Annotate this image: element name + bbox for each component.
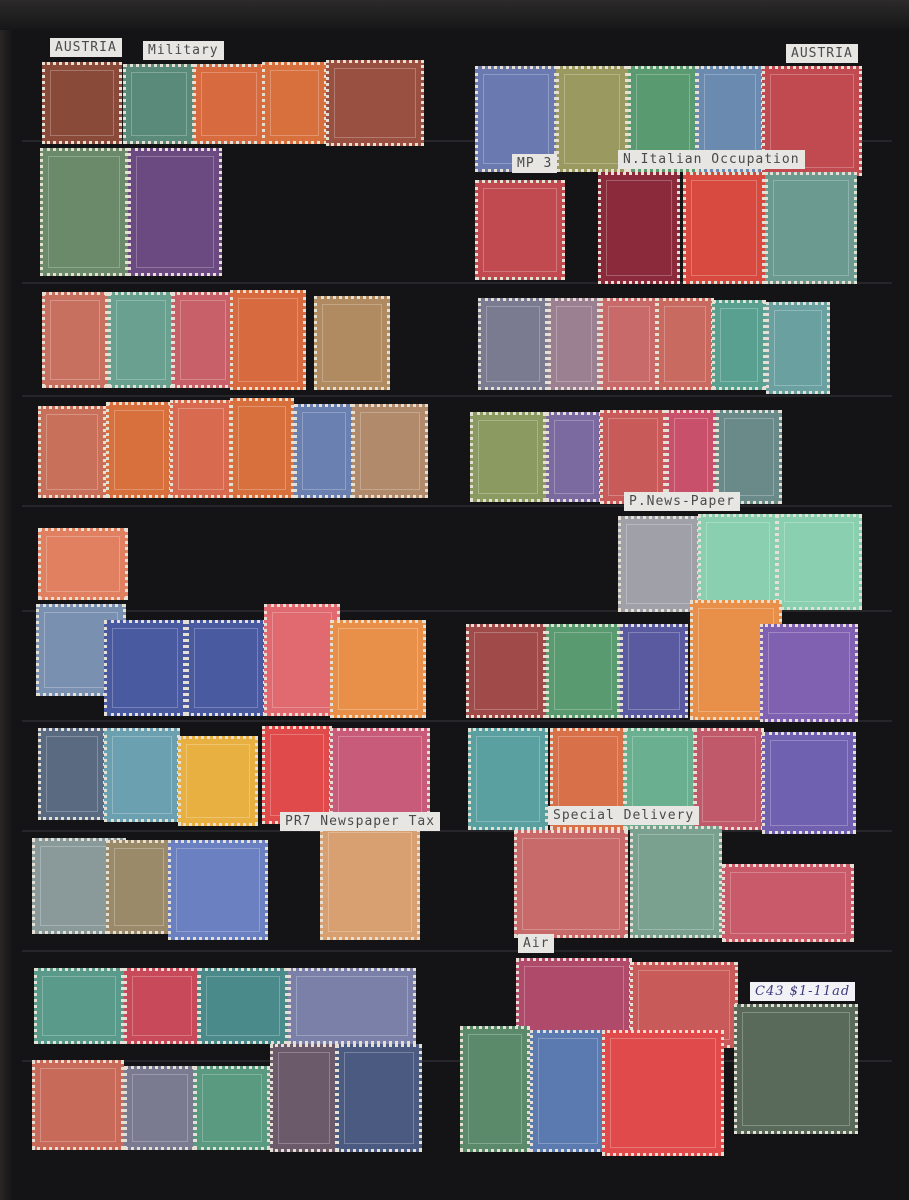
stamp [620, 624, 688, 718]
page-top-edge [0, 0, 909, 30]
stamp [194, 1066, 270, 1150]
stamp [288, 968, 416, 1044]
stamp [42, 62, 122, 144]
stamp [186, 620, 266, 716]
stamp [320, 824, 420, 940]
stamp [40, 148, 128, 276]
stamp [460, 1026, 530, 1152]
stamp [230, 290, 306, 390]
stamp [314, 296, 390, 390]
stamp [530, 1030, 606, 1152]
label-air: Air [518, 934, 554, 953]
stamp [262, 62, 327, 144]
stamp [546, 624, 620, 718]
stamp [34, 968, 124, 1044]
stamp [762, 732, 856, 834]
stamp [698, 514, 778, 610]
stamp [352, 404, 428, 498]
stamp [630, 826, 722, 938]
stamp [478, 298, 548, 390]
stamp [104, 620, 186, 716]
stamp [765, 172, 857, 284]
stamp [683, 172, 765, 284]
stamp [123, 64, 195, 144]
stamp [666, 410, 716, 504]
stamp [468, 728, 548, 830]
stamp [42, 292, 108, 388]
stamp [270, 1044, 338, 1152]
stamp [602, 1030, 724, 1156]
stamp [104, 728, 180, 822]
stamp [466, 624, 546, 718]
stamp [170, 400, 232, 498]
stamp [172, 292, 234, 388]
stamp [106, 402, 172, 498]
stamp [124, 1066, 196, 1150]
stamp [326, 60, 424, 146]
stamp [598, 172, 680, 284]
album-binding [0, 0, 14, 1200]
stamp [38, 728, 106, 820]
stamp [193, 64, 265, 144]
stamp [32, 1060, 124, 1150]
label-austria-right: AUSTRIA [786, 44, 858, 63]
label-italian-occupation: N.Italian Occupation [618, 150, 805, 169]
stamp [108, 292, 174, 388]
label-austria: AUSTRIA [50, 38, 122, 57]
label-newspaper-tax: PR7 Newspaper Tax [280, 812, 440, 831]
mount-strip [22, 395, 892, 397]
stamp [198, 968, 288, 1044]
label-news-paper: P.News-Paper [624, 492, 740, 511]
stamp [475, 180, 565, 280]
stamp [230, 398, 294, 498]
stamp [514, 830, 628, 938]
stamp [734, 1004, 858, 1134]
catalog-note: C43 $1-11ad [750, 982, 855, 1001]
stamp [264, 604, 340, 716]
stamp [294, 404, 354, 498]
label-military: Military [143, 41, 224, 60]
label-mp3: MP 3 [512, 154, 557, 173]
stamp [178, 736, 258, 826]
stamp [168, 840, 268, 940]
stamp [106, 840, 172, 934]
stamp [548, 298, 600, 390]
stamp [716, 410, 782, 504]
stamp [694, 728, 764, 830]
stamp [546, 412, 602, 502]
stamp [330, 620, 426, 718]
stamp [38, 406, 106, 498]
stamp [776, 514, 862, 610]
stamp [38, 528, 128, 600]
stamp [760, 624, 858, 722]
stamp-album-page: AUSTRIA Military AUSTRIA MP 3 N.Italian … [0, 0, 909, 1200]
stamp [600, 410, 666, 504]
mount-strip [22, 950, 892, 952]
stamp [722, 864, 854, 942]
stamp [618, 516, 700, 612]
stamp [470, 412, 546, 502]
mount-strip [22, 505, 892, 507]
stamp [262, 726, 332, 824]
stamp [128, 148, 222, 276]
stamp [124, 968, 200, 1044]
stamp [336, 1044, 422, 1152]
label-special-delivery: Special Delivery [548, 806, 699, 825]
stamp [600, 298, 658, 390]
stamp [712, 300, 766, 390]
stamp [766, 302, 830, 394]
stamp [656, 298, 714, 390]
